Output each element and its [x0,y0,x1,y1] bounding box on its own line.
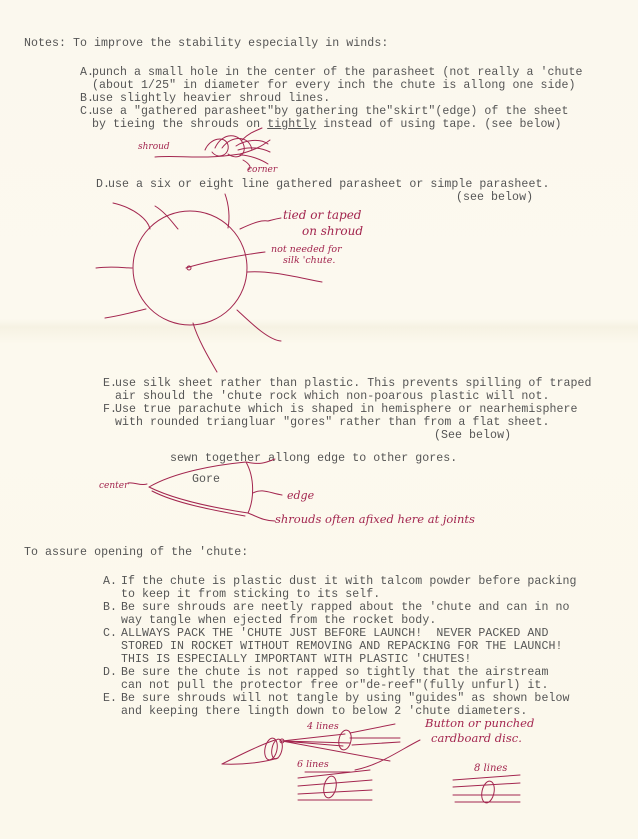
parasheet-drawing-icon [96,194,322,372]
ink-drawings [0,0,638,839]
knot-drawing-icon [155,128,270,170]
scanned-page: Notes: To improve the stability especial… [0,0,638,839]
shroud-guides-drawing-icon [222,724,520,804]
gore-drawing-icon [128,459,282,521]
